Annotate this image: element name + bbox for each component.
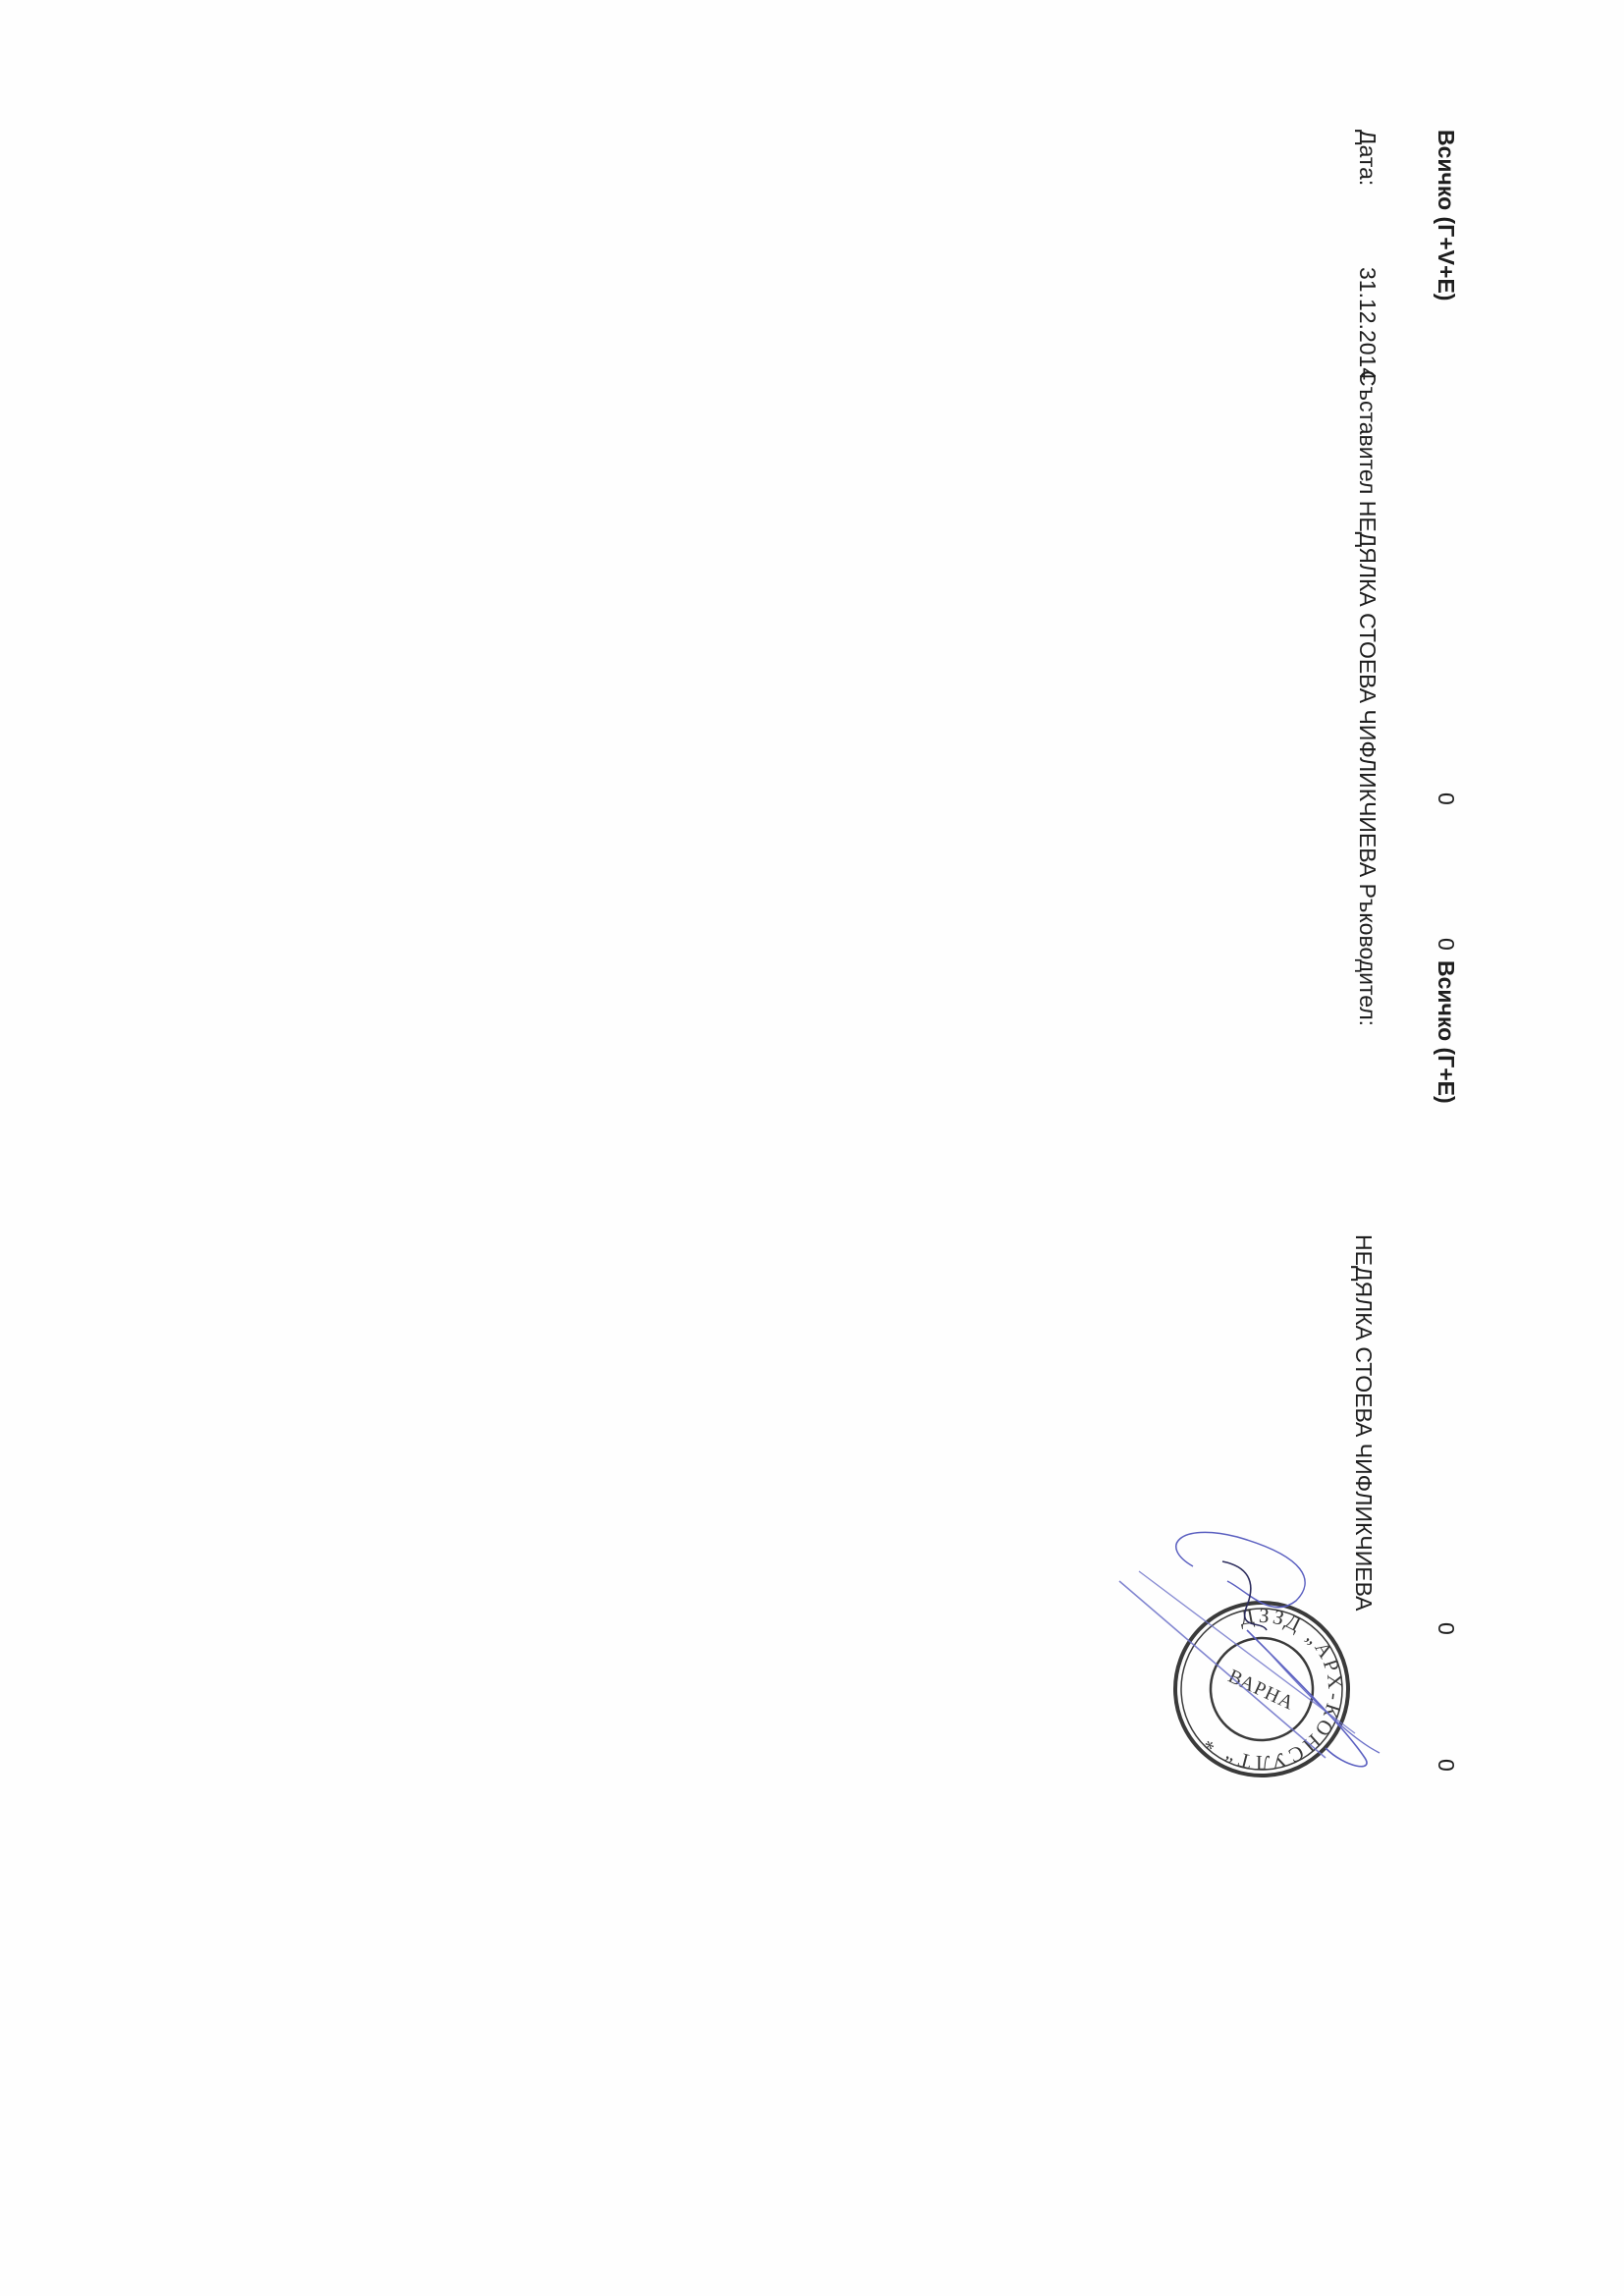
total-gve-label: Всичко (Г+V+Е) [1435, 130, 1457, 301]
total-gve-value-2: 0 [1435, 938, 1457, 951]
company-stamp-icon: ДЗЗД „АРХ-КОНСУЛТ“ * ВАРНА [1159, 1586, 1365, 1792]
date-label: Дата: [1356, 130, 1379, 186]
total-ge-value-1: 0 [1435, 1622, 1457, 1635]
manager-name: НЕДЯЛКА СТОЕВА ЧИФЛИКЧИЕВА [1352, 1234, 1375, 1612]
total-gve-value-1: 0 [1435, 793, 1457, 805]
document-page: Всичко (Г+V+Е) 0 0 Всичко (Г+Е) 0 0 Дата… [0, 0, 1624, 2296]
compiler-line: Съставител НЕДЯЛКА СТОЕВА ЧИФЛИКЧИЕВА Ръ… [1356, 370, 1379, 1026]
total-ge-label: Всичко (Г+Е) [1435, 960, 1457, 1104]
total-ge-value-2: 0 [1435, 1759, 1457, 1772]
stamp-inner-text: ВАРНА [1225, 1666, 1298, 1715]
date-value: 31.12.2014 [1356, 267, 1379, 380]
